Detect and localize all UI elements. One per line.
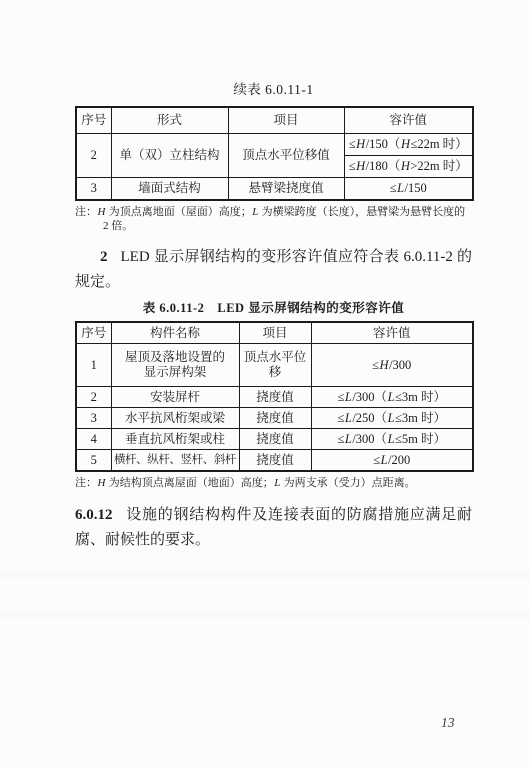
cell-item: 挠度值 xyxy=(239,408,311,429)
table-row: 2 单（双）立柱结构 顶点水平位移值 ≤H/150（H≤22m 时） xyxy=(76,134,473,156)
clause-text: 设施的钢结构构件及连接表面的防腐措施应满足耐腐、耐候性的要求。 xyxy=(75,507,472,548)
column-header-form: 形式 xyxy=(111,107,228,134)
table-header-row: 序号 形式 项目 容许值 xyxy=(76,107,473,134)
led-table-6-0-11-2: 序号 构件名称 项目 容许值 1 屋顶及落地设置的 显示屏构架 顶点水平位移 ≤… xyxy=(75,321,474,472)
cell-row2-form: 单（双）立柱结构 xyxy=(111,134,228,178)
table-row: 1 屋顶及落地设置的 显示屏构架 顶点水平位移 ≤H/300 xyxy=(76,344,473,387)
cell-name: 水平抗风桁架或梁 xyxy=(111,408,239,429)
cell-no: 3 xyxy=(76,408,111,429)
table-row: 2 安装屏杆 挠度值 ≤L/300（L≤3m 时） xyxy=(76,387,473,408)
column-header-no: 序号 xyxy=(76,322,111,344)
column-header-no: 序号 xyxy=(76,107,111,134)
cell-row3-form: 墙面式结构 xyxy=(111,178,228,201)
page-content: 续表 6.0.11-1 序号 形式 项目 容许值 2 单（双）立柱结构 顶点水平… xyxy=(75,0,472,553)
column-header-allow: 容许值 xyxy=(311,322,473,344)
table-note: 注：H 为结构顶点离屋面（地面）高度；L 为两支承（受力）点距离。 xyxy=(75,477,472,491)
column-header-name: 构件名称 xyxy=(111,322,239,344)
clause-item-paragraph: 2LED 显示屏钢结构的变形容许值应符合表 6.0.11-2 的规定。 xyxy=(75,245,472,295)
cell-item: 挠度值 xyxy=(239,387,311,408)
item-text: LED 显示屏钢结构的变形容许值应符合表 6.0.11-2 的规定。 xyxy=(75,249,472,290)
cell-allow: ≤L/200 xyxy=(311,450,473,472)
item-number: 2 xyxy=(100,249,108,265)
continued-table-6-0-11-1: 序号 形式 项目 容许值 2 单（双）立柱结构 顶点水平位移值 ≤H/150（H… xyxy=(75,106,474,201)
cell-allow: ≤H/300 xyxy=(311,344,473,387)
cell-allow: ≤L/250（L≤3m 时） xyxy=(311,408,473,429)
cell-name: 安装屏杆 xyxy=(111,387,239,408)
cell-row2-allow-a: ≤H/150（H≤22m 时） xyxy=(344,134,473,156)
cell-row2-no: 2 xyxy=(76,134,111,178)
cell-row3-item: 悬臂梁挠度值 xyxy=(228,178,344,201)
cell-name: 垂直抗风桁架或柱 xyxy=(111,429,239,450)
document-page: 续表 6.0.11-1 序号 形式 项目 容许值 2 单（双）立柱结构 顶点水平… xyxy=(0,0,529,767)
page-number: 13 xyxy=(441,715,455,731)
cell-allow: ≤L/300（L≤5m 时） xyxy=(311,429,473,450)
cell-name: 屋顶及落地设置的 显示屏构架 xyxy=(111,344,239,387)
cell-row2-allow-b: ≤H/180（H>22m 时） xyxy=(344,156,473,178)
cell-no: 1 xyxy=(76,344,111,387)
continued-table-caption: 续表 6.0.11-1 xyxy=(75,82,472,98)
cell-no: 2 xyxy=(76,387,111,408)
clause-6-0-12-paragraph: 6.0.12设施的钢结构构件及连接表面的防腐措施应满足耐腐、耐候性的要求。 xyxy=(75,503,472,553)
table-note: 注：H 为顶点离地面（屋面）高度；L 为横梁跨度（长度），悬臂梁为悬臂长度的 2… xyxy=(75,206,472,233)
cell-allow: ≤L/300（L≤3m 时） xyxy=(311,387,473,408)
led-table-caption: 表 6.0.11-2 LED 显示屏钢结构的变形容许值 xyxy=(75,300,472,316)
table-row: 5 横杆、纵杆、竖杆、斜杆 挠度值 ≤L/200 xyxy=(76,450,473,472)
cell-row3-allow: ≤L/150 xyxy=(344,178,473,201)
cell-row2-item: 顶点水平位移值 xyxy=(228,134,344,178)
table-row: 4 垂直抗风桁架或柱 挠度值 ≤L/300（L≤5m 时） xyxy=(76,429,473,450)
cell-row3-no: 3 xyxy=(76,178,111,201)
column-header-item: 项目 xyxy=(228,107,344,134)
cell-no: 5 xyxy=(76,450,111,472)
cell-item: 挠度值 xyxy=(239,450,311,472)
table-row: 3 水平抗风桁架或梁 挠度值 ≤L/250（L≤3m 时） xyxy=(76,408,473,429)
cell-item: 挠度值 xyxy=(239,429,311,450)
table-header-row: 序号 构件名称 项目 容许值 xyxy=(76,322,473,344)
clause-number: 6.0.12 xyxy=(75,507,113,523)
cell-item: 顶点水平位移 xyxy=(239,344,311,387)
table-row: 3 墙面式结构 悬臂梁挠度值 ≤L/150 xyxy=(76,178,473,201)
cell-no: 4 xyxy=(76,429,111,450)
column-header-item: 项目 xyxy=(239,322,311,344)
cell-name: 横杆、纵杆、竖杆、斜杆 xyxy=(111,450,239,472)
column-header-allow: 容许值 xyxy=(344,107,473,134)
